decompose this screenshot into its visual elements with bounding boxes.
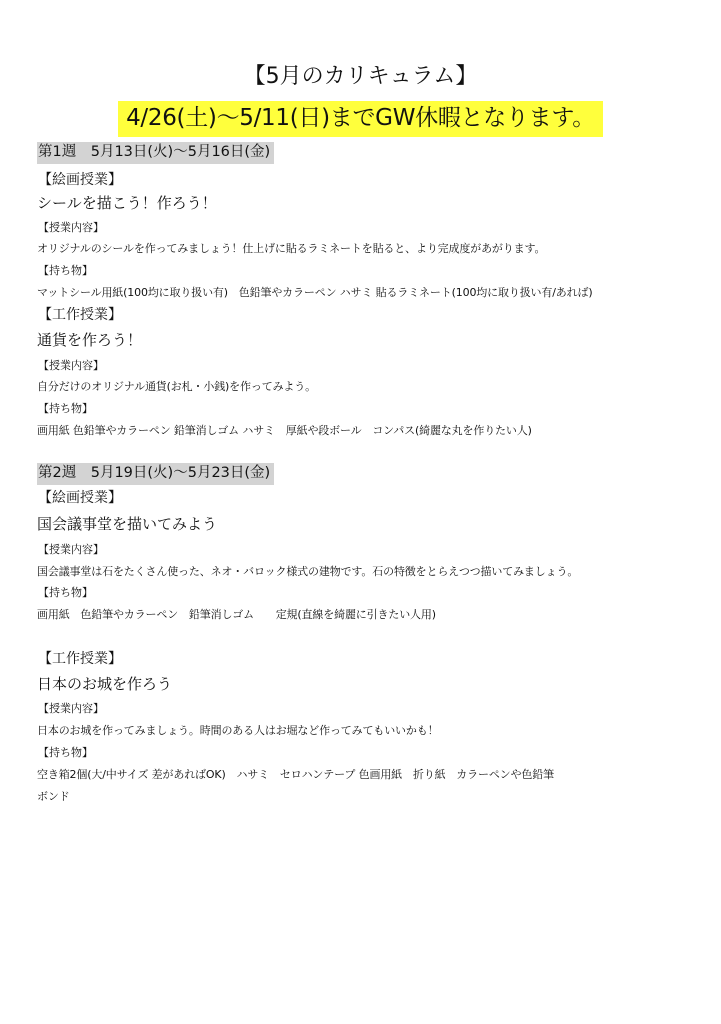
page-title: 【5月のカリキュラム】 (0, 66, 721, 88)
week-2-craft-items: 空き箱2個(大/中サイズ 差があればOK) ハサミ セロハンテープ 色画用紙 折… (37, 769, 554, 780)
week-2-craft-items-label: 【持ち物】 (38, 747, 93, 758)
week-1-craft-content-label: 【授業内容】 (38, 360, 104, 371)
week-1-header: 第1週 5月13日(火)〜5月16日(金) (37, 142, 274, 164)
week-1-craft-content: 自分だけのオリジナル通貨(お札・小銭)を作ってみよう。 (37, 381, 316, 392)
week-1-craft-title: 通貨を作ろう！ (37, 333, 142, 348)
week-2-craft-content-label: 【授業内容】 (38, 703, 104, 714)
week-2-craft-content: 日本のお城を作ってみましょう。時間のある人はお堀など作ってみてもいいかも！ (37, 725, 438, 736)
week-2-header: 第2週 5月19日(火)〜5月23日(金) (37, 463, 274, 485)
week-2-painting-content-label: 【授業内容】 (38, 544, 104, 555)
week-1-painting-content-label: 【授業内容】 (38, 222, 104, 233)
week-1-craft-category: 【工作授業】 (38, 308, 122, 322)
week-1-painting-items: マットシール用紙(100均に取り扱い有) 色鉛筆やカラーペン ハサミ 貼るラミネ… (37, 287, 593, 298)
week-1-craft-items: 画用紙 色鉛筆やカラーペン 鉛筆消しゴム ハサミ 厚紙や段ボール コンパス(綺麗… (37, 425, 532, 436)
week-2-painting-content: 国会議事堂は石をたくさん使った、ネオ・バロック様式の建物です。石の特徴をとらえつ… (37, 566, 578, 577)
week-1-painting-items-label: 【持ち物】 (38, 265, 93, 276)
week-1-painting-content: オリジナルのシールを作ってみましょう！仕上げに貼るラミネートを貼ると、より完成度… (37, 243, 545, 254)
week-2-craft-items-continued: ボンド (37, 791, 70, 802)
week-1-painting-category: 【絵画授業】 (38, 173, 122, 187)
week-2-painting-title: 国会議事堂を描いてみよう (37, 517, 217, 532)
week-2-painting-items-label: 【持ち物】 (38, 587, 93, 598)
week-2-painting-items: 画用紙 色鉛筆やカラーペン 鉛筆消しゴム 定規(直線を綺麗に引きたい人用) (37, 609, 436, 620)
week-1-craft-items-label: 【持ち物】 (38, 403, 93, 414)
week-1-painting-title: シールを描こう！作ろう！ (37, 196, 217, 211)
week-2-craft-category: 【工作授業】 (38, 652, 122, 666)
week-2-painting-category: 【絵画授業】 (38, 491, 122, 505)
week-2-craft-title: 日本のお城を作ろう (37, 677, 172, 692)
notice-container: 4/26(土)〜5/11(日)までGW休暇となります。 (0, 101, 721, 137)
gw-holiday-notice: 4/26(土)〜5/11(日)までGW休暇となります。 (118, 101, 603, 137)
